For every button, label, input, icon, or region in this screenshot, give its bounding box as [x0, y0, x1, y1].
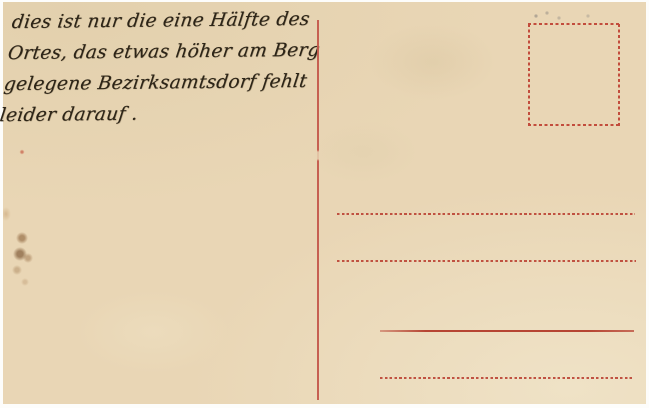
handwriting-line: gelegene Bezirksamtsdorf fehlt: [2, 66, 326, 100]
divider-line: [317, 20, 319, 400]
handwriting-line: Ortes, das etwas höher am Berg: [6, 35, 330, 69]
handwriting-line: dies ist nur die eine Hälfte des: [10, 4, 334, 38]
handwritten-message: dies ist nur die eine Hälfte des Ortes, …: [0, 4, 334, 132]
stamp-box: [528, 23, 620, 126]
postcard-back: dies ist nur die eine Hälfte des Ortes, …: [3, 2, 646, 404]
address-line: [380, 330, 634, 332]
handwriting-line: leider darauf .: [0, 97, 322, 131]
address-line: [337, 260, 636, 262]
postcard-scan: dies ist nur die eine Hälfte des Ortes, …: [0, 0, 649, 408]
address-line: [380, 377, 634, 379]
address-line: [337, 213, 635, 215]
